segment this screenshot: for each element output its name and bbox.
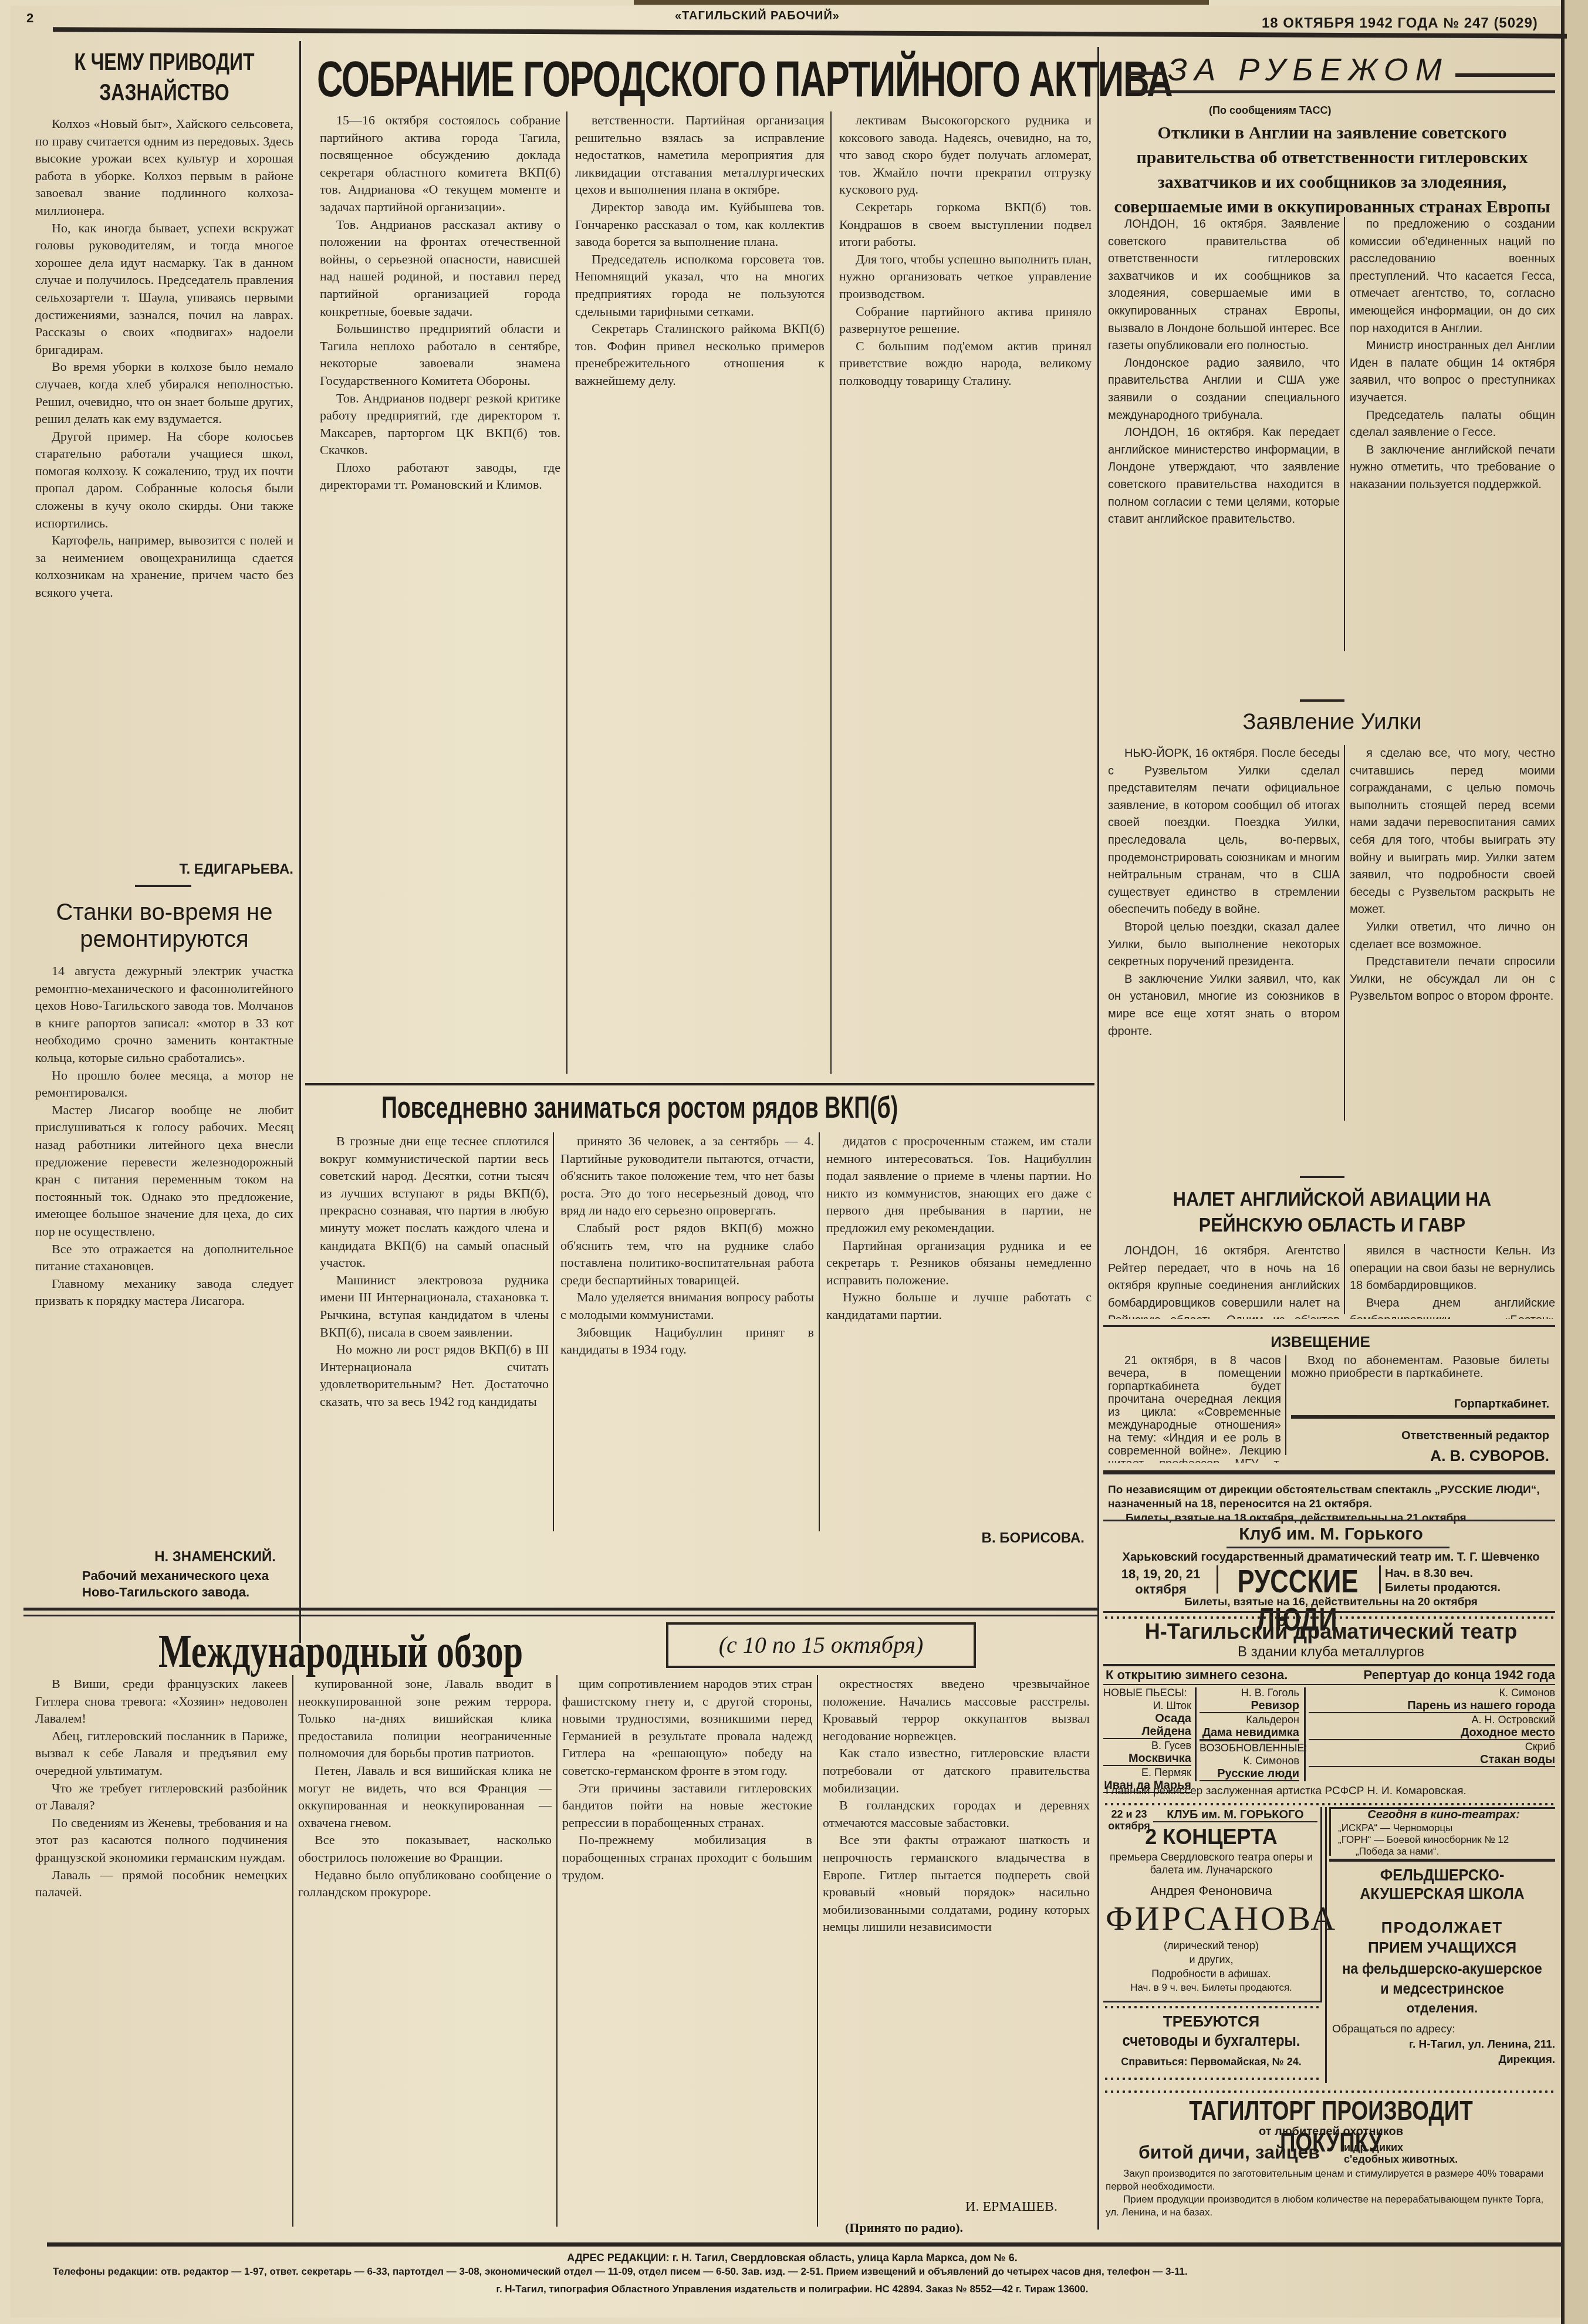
- concert-title: 2 КОНЦЕРТА: [1106, 1825, 1317, 1849]
- tagiltorg-text: Закуп производится по заготовительным це…: [1106, 2167, 1553, 2219]
- repertoire-note: Репертуар до конца 1942 года: [1273, 1667, 1555, 1683]
- column-divider: [830, 111, 832, 1074]
- article-body-stanki: 14 августа дежурный электрик участка рем…: [35, 962, 293, 1496]
- article-column: по предложению о создании комиссии об'ед…: [1350, 216, 1555, 656]
- printer-info: г. Н-Тагил, типография Областного Управл…: [293, 2284, 1291, 2295]
- article-column: лективам Высокогорского рудника и коксов…: [839, 111, 1092, 1074]
- column-divider: [556, 1675, 558, 2227]
- play-title: Ревизор: [1200, 1699, 1299, 1713]
- divider: [1103, 1684, 1555, 1685]
- drama-theatre-title: Н-Тагильский драматический театр: [1108, 1619, 1554, 1644]
- school-signature: Дирекция.: [1332, 2054, 1555, 2066]
- divider: [1103, 1664, 1555, 1666]
- performance-dates: 18, 19, 20, 21 октября: [1108, 1567, 1214, 1597]
- director-note: Главный режиссер заслуженная артистка РС…: [1106, 1785, 1552, 1798]
- repertoire-column: К. СимоновПарень из нашего городаА. Н. О…: [1309, 1686, 1555, 1767]
- column-divider: [1344, 1244, 1345, 1314]
- column-divider: [1285, 1355, 1286, 1455]
- article-column: ЛОНДОН, 16 октября. Агентство Рейтер пер…: [1108, 1243, 1340, 1319]
- school-address: г. Н-Тагил, ул. Ленина, 211.: [1332, 2038, 1555, 2051]
- play-author: Е. Пермяк: [1103, 1766, 1191, 1779]
- headline-willkie-statement: Заявление Уилки: [1109, 710, 1555, 735]
- notice-text: 21 октября, в 8 часов вечера, в помещени…: [1108, 1354, 1281, 1463]
- banner-rule: [1127, 90, 1555, 93]
- play-title: Русские люди: [1200, 1767, 1299, 1781]
- column-divider: [819, 1132, 820, 1531]
- dotted-rule: [1103, 2005, 1320, 2009]
- postponement-line: По независящим от дирекции обстоятельств…: [1108, 1483, 1554, 1511]
- school-line: на фельдшерско-акушерское и медсестринск…: [1340, 1958, 1544, 1998]
- play-title: Доходное место: [1309, 1726, 1555, 1740]
- headline-party-active: СОБРАНИЕ ГОРОДСКОГО ПАРТИЙНОГО АКТИВА: [317, 50, 1172, 109]
- column-divider: [1097, 47, 1099, 2230]
- divider: [1103, 1611, 1555, 1613]
- play-author: К. Симонов: [1309, 1686, 1555, 1699]
- short-divider: [135, 885, 191, 887]
- play-title: Стакан воды: [1309, 1753, 1555, 1767]
- divider: [1291, 1415, 1555, 1419]
- issue-date: 18 ОКТЯБРЯ 1942 ГОДА № 247 (5029): [1262, 15, 1538, 32]
- article-column: явился в частности Кельн. Из операции на…: [1350, 1243, 1555, 1319]
- play-title: Осада Лейдена: [1103, 1712, 1191, 1739]
- short-divider: [1300, 699, 1344, 702]
- dotted-rule: [1103, 2077, 1320, 2081]
- tagiltorg-goods: битой дичи, зайцев: [1138, 2142, 1320, 2163]
- school-line: отделения.: [1329, 2001, 1555, 2016]
- banner-rule: [1455, 73, 1555, 77]
- section-rule: [1103, 1325, 1555, 1327]
- start-time: Нач. в 8.30 веч. Билеты продаются.: [1385, 1567, 1555, 1595]
- article-title-zaznaistvo: К ЧЕМУ ПРИВОДИТ ЗАЗНАЙСТВО: [66, 47, 263, 108]
- divider: [1325, 1807, 1327, 2083]
- signature-note: Рабочий механического цеха Ново-Тагильск…: [82, 1568, 276, 1601]
- play-author: А. Н. Островский: [1309, 1713, 1555, 1726]
- tass-source: (По сообщениям ТАСС): [1209, 104, 1331, 117]
- play-author: Скриб: [1309, 1740, 1555, 1753]
- headline-england-responses: Отклики в Англии на заявление советского…: [1109, 121, 1555, 219]
- tagiltorg-paragraph: Закуп производится по заготовительным це…: [1106, 2167, 1553, 2193]
- signature: Т. ЕДИГАРЬЕВА.: [35, 861, 293, 878]
- school-line: ПРОДОЛЖАЕТ: [1329, 1919, 1555, 1937]
- article-column: купированной зоне, Лаваль вводит в неокк…: [298, 1675, 552, 2227]
- section-rule: [1103, 1470, 1555, 1474]
- gorky-club-title: Клуб им. М. Горького: [1108, 1524, 1554, 1544]
- article-column: ветственности. Партийная организация реш…: [575, 111, 825, 1074]
- drama-theatre-subtitle: В здании клуба металлургов: [1108, 1644, 1554, 1660]
- column-divider: [553, 1132, 554, 1531]
- article-column: окрестностях введено чрезвычайное положе…: [823, 1675, 1090, 2144]
- repertoire-column: НОВЫЕ ПЬЕСЫ: И. ШтокОсада ЛейденаВ. Гусе…: [1103, 1686, 1191, 1793]
- tagiltorg-goods-more: и др. диких с'едобных животных.: [1344, 2142, 1461, 2165]
- school-address-label: Обращаться по адресу:: [1332, 2023, 1555, 2036]
- divider: [1217, 1565, 1218, 1594]
- school-title: ФЕЛЬДШЕРСКО-АКУШЕРСКАЯ ШКОЛА: [1340, 1866, 1544, 1903]
- details-text: Подробности в афишах.: [1106, 1968, 1317, 1980]
- date-box: (с 10 по 15 октября): [666, 1622, 976, 1668]
- article-column: я сделаю все, что могу, честно считавшис…: [1350, 745, 1555, 1156]
- divider: [1153, 1821, 1317, 1822]
- postponement-line: Билеты, взятые на 18 октября, действител…: [1108, 1511, 1554, 1525]
- column-divider: [1344, 745, 1345, 1121]
- repertoire-column: Н. В. ГогольРевизорКальдеронДама невидим…: [1200, 1686, 1299, 1781]
- footer-rule: [47, 2242, 1561, 2247]
- play-title: Москвичка: [1103, 1752, 1191, 1766]
- cinema-title: Сегодня в кино-театрах:: [1332, 1808, 1555, 1822]
- others-text: и других,: [1106, 1954, 1317, 1966]
- editorial-address: АДРЕС РЕДАКЦИИ: г. Н. Тагил, Свердловска…: [352, 2252, 1232, 2264]
- play-author: Кальдерон: [1200, 1713, 1299, 1726]
- divider: [1329, 1859, 1555, 1862]
- performer-first-name: Андрея Феноновича: [1106, 1883, 1317, 1899]
- article-column: щим сопротивлением народов этих стран фа…: [562, 1675, 812, 2227]
- section-rule: [23, 1608, 1097, 1611]
- notice-signature: Горпарткабинет.: [1291, 1398, 1549, 1411]
- play-title: Дама невидимка: [1200, 1726, 1299, 1740]
- play-author: Н. В. Гоголь: [1200, 1686, 1299, 1699]
- headline-vkpb-growth: Повседневно заниматься ростом рядов ВКП(…: [381, 1090, 898, 1125]
- wanted-address: Справиться: Первомайская, № 24.: [1106, 2056, 1317, 2068]
- editor-name: А. В. СУВОРОВ.: [1291, 1447, 1549, 1465]
- concert-description: премьера Свердловского театра оперы и ба…: [1106, 1851, 1317, 1876]
- headline-international-review: Международный обзор: [158, 1625, 523, 1679]
- column-divider: [566, 111, 567, 1074]
- wanted-body: счетоводы и бухгалтеры.: [1121, 2031, 1301, 2050]
- notice-title: ИЗВЕЩЕНИЕ: [1203, 1333, 1438, 1351]
- dotted-rule: [1103, 2090, 1555, 2093]
- play-title: Парень из нашего города: [1309, 1699, 1555, 1713]
- cinema-listing: „ИСКРА“ — Черноморцы „ГОРН“ — Боевой кин…: [1338, 1822, 1555, 1858]
- divider: [1227, 1547, 1450, 1548]
- article-title-stanki: Станки во-время не ремонтируются: [35, 899, 293, 953]
- play-author: И. Шток: [1103, 1699, 1191, 1712]
- editorial-phones: Телефоны редакции: отв. редактор — 1-97,…: [53, 2266, 1555, 2278]
- school-line: ПРИЕМ УЧАЩИХСЯ: [1329, 1939, 1555, 1957]
- new-plays-label: НОВЫЕ ПЬЕСЫ:: [1103, 1686, 1191, 1699]
- season-note: К открытию зимнего сезона.: [1106, 1667, 1288, 1683]
- column-divider: [299, 41, 301, 1643]
- page-top-strip: [634, 0, 1209, 5]
- column-divider: [1344, 217, 1345, 651]
- editor-label: Ответственный редактор: [1291, 1429, 1549, 1443]
- signature: Н. ЗНАМЕНСКИЙ.: [35, 1549, 276, 1565]
- headline-raid: НАЛЕТ АНГЛИЙСКОЙ АВИАЦИИ НА РЕЙНСКУЮ ОБЛ…: [1131, 1186, 1533, 1238]
- play-author: В. Гусев: [1103, 1739, 1191, 1752]
- divider: [1304, 1687, 1306, 1781]
- concert-venue: КЛУБ им. М. ГОРЬКОГО: [1153, 1808, 1317, 1822]
- start-time-text: Нач. в 8.30 веч.: [1385, 1567, 1555, 1581]
- cinema-line: „Победа за нами“.: [1338, 1846, 1555, 1858]
- play-author: К. Симонов: [1200, 1754, 1299, 1767]
- ticket-note: Билеты, взятые на 16, действительны на 2…: [1108, 1596, 1554, 1609]
- wanted-title: ТРЕБУЮТСЯ: [1106, 2012, 1317, 2031]
- page-number: 2: [26, 11, 34, 26]
- article-column: В Виши, среди французских лакеев Гитлера…: [35, 1675, 288, 2227]
- voice-type: (лирический тенор): [1106, 1940, 1317, 1952]
- paper-name: «ТАГИЛЬСКИЙ РАБОЧИЙ»: [675, 9, 840, 23]
- divider: [1195, 1687, 1197, 1781]
- performer-last-name: ФИРСАНОВА: [1106, 1899, 1317, 1938]
- divider: [1379, 1565, 1381, 1594]
- source-note: (Принято по радио).: [845, 2220, 963, 2235]
- concert-start: Нач. в 9 ч. веч. Билеты продаются.: [1106, 1982, 1317, 1994]
- column-divider: [817, 1675, 818, 2227]
- article-column: В грозные дни еще теснее сплотился вокру…: [320, 1132, 549, 1531]
- article-body-zaznaistvo: Колхоз «Новый быт», Хайского сельсовета,…: [35, 115, 293, 696]
- revived-plays-label: ВОЗОБНОВЛЕННЫЕ:: [1200, 1740, 1299, 1754]
- binding-edge: [1561, 0, 1588, 2324]
- section-rule: [23, 1615, 1097, 1616]
- article-column: принято 36 человек, а за сентябрь — 4. П…: [560, 1132, 814, 1531]
- column-divider: [292, 1675, 293, 2227]
- tickets-on-sale: Билеты продаются.: [1385, 1581, 1555, 1595]
- cinema-line: „ИСКРА“ — Черноморцы: [1338, 1822, 1555, 1834]
- tagiltorg-paragraph: Прием продукции производится в любом кол…: [1106, 2193, 1553, 2219]
- signature: В. БОРИСОВА.: [826, 1530, 1084, 1547]
- cinema-line: „ГОРН“ — Боевой киносборник № 12: [1338, 1834, 1555, 1846]
- article-column: 15—16 октября состоялось собрание партий…: [320, 111, 560, 1074]
- article-column: ЛОНДОН, 16 октября. Заявление советского…: [1108, 216, 1340, 656]
- date-range: (с 10 по 15 октября): [668, 1625, 974, 1666]
- short-divider: [1300, 1176, 1344, 1178]
- section-rule: [305, 1083, 1094, 1085]
- banner-rule: [1127, 72, 1162, 75]
- article-column: НЬЮ-ЙОРК, 16 октября. После беседы с Руз…: [1108, 745, 1340, 1156]
- signature: И. ЕРМАШЕВ.: [823, 2199, 1057, 2215]
- dotted-rule: [1103, 1802, 1555, 1806]
- section-title-abroad: ЗА РУБЕЖОМ: [1168, 52, 1449, 88]
- tagiltorg-from: от любителей охотников: [1108, 2125, 1554, 2139]
- notice-text: Вход по абонементам. Разовые билеты можн…: [1291, 1354, 1549, 1401]
- divider: [1103, 1520, 1555, 1521]
- article-column: дидатов с просроченным стажем, им стали …: [826, 1132, 1092, 1502]
